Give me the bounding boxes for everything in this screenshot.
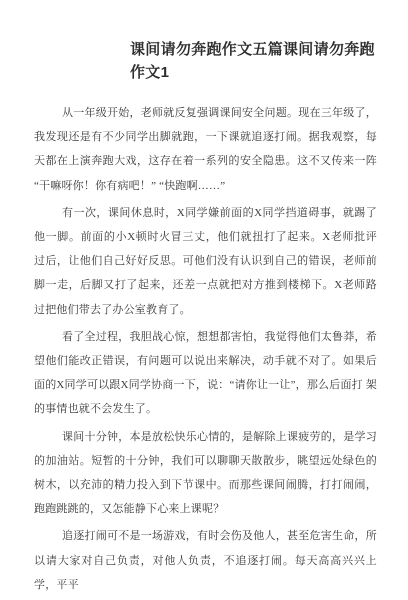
essay-paragraph-1: 从一年级开始，老师就反复强调课间安全问题。现在三年级了， 我发现还是有不少同学出… [34, 101, 377, 198]
essay-paragraph-2: 有一次，课间休息时，X同学嫌前面的X同学挡道碍事，就踢了 他一脚。前面的小X顿时… [34, 201, 377, 322]
essay-paragraph-3: 看了全过程，我胆战心惊，想想都害怕，我觉得他们太鲁莽，希 望他们能改正错误，有问… [34, 325, 377, 422]
document-page: 课间请勿奔跑作文五篇课间请勿奔跑作文1 从一年级开始，老师就反复强调课间安全问题… [0, 0, 408, 600]
essay-paragraph-4: 课间十分钟，本是放松快乐心情的，是解除上课疲劳的，是学习 的加油站。短暂的十分钟… [34, 425, 377, 522]
document-title: 课间请勿奔跑作文五篇课间请勿奔跑作文1 [130, 38, 377, 84]
document-content: 课间请勿奔跑作文五篇课间请勿奔跑作文1 从一年级开始，老师就反复强调课间安全问题… [34, 38, 377, 600]
essay-paragraph-5: 追逐打闹可不是一场游戏，有时会伤及他人，甚至危害生命，所 以请大家对自己负责，对… [34, 524, 377, 597]
